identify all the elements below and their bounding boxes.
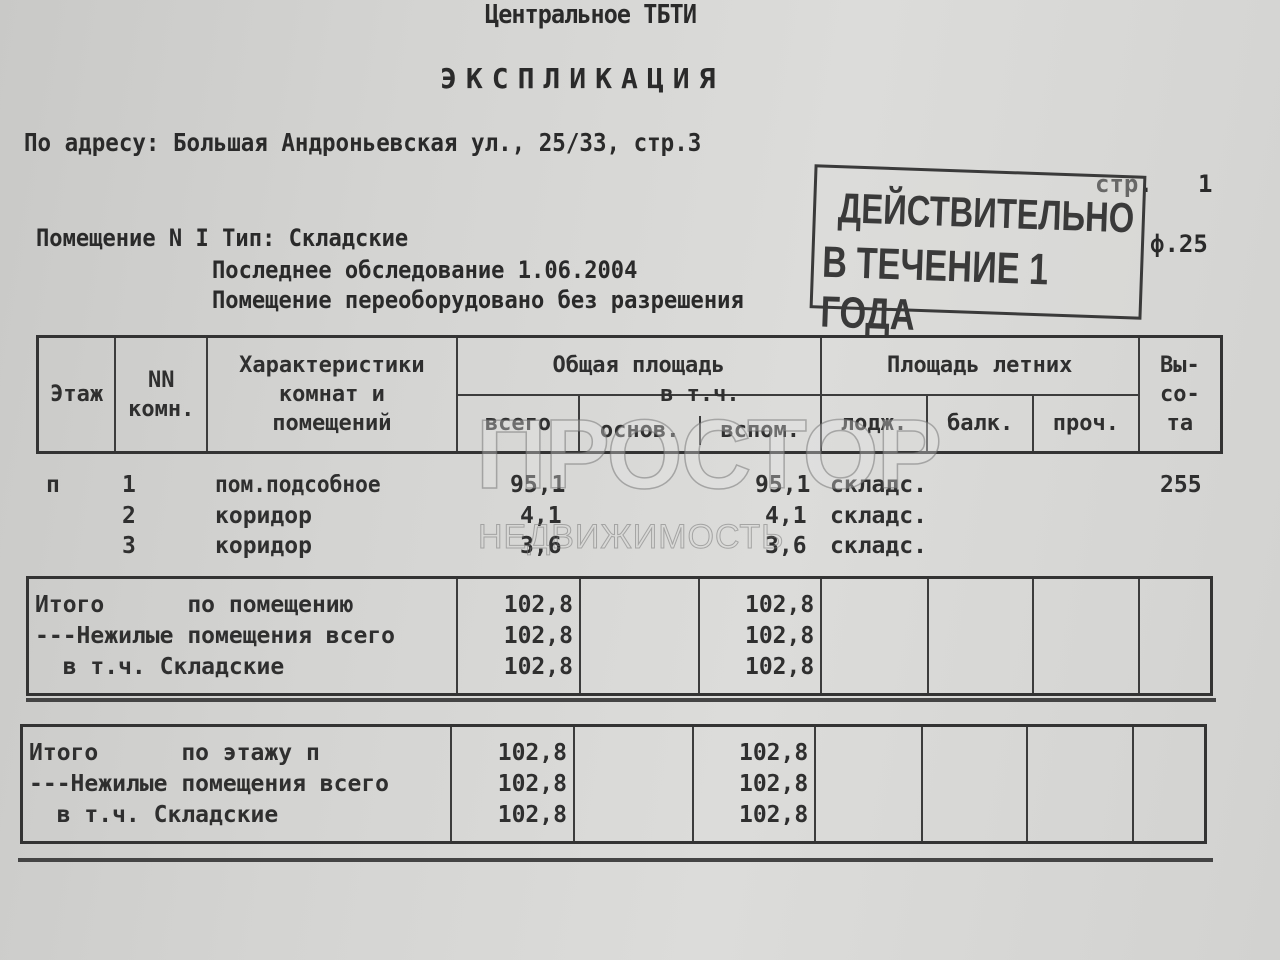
- totals-main: [580, 578, 699, 695]
- totals-labels: Итого по помещению ---Нежилые помещения …: [28, 578, 458, 695]
- form-number: ф.25: [1150, 230, 1208, 258]
- totals-balcony: [928, 578, 1034, 695]
- totals-main: [574, 726, 693, 843]
- last-survey: Последнее обследование 1.06.2004: [212, 256, 637, 284]
- premises-info: Помещение N I Тип: Складские: [36, 224, 408, 252]
- document-title: ЭКСПЛИКАЦИЯ: [440, 62, 724, 95]
- totals-height: [1139, 578, 1212, 695]
- col-height: Вы-со-та: [1139, 337, 1222, 453]
- totals-height: [1133, 726, 1206, 843]
- totals-aux: 102,8 102,8 102,8: [699, 578, 821, 695]
- totals-balcony: [922, 726, 1028, 843]
- col-floor: Этаж: [38, 337, 116, 453]
- address: По адресу: Большая Андроньевская ул., 25…: [24, 128, 701, 157]
- totals-loggia: [821, 578, 928, 695]
- col-summer-area: Площадь летних: [821, 337, 1139, 395]
- totals-other: [1027, 726, 1133, 843]
- totals-labels: Итого по этажу п ---Нежилые помещения вс…: [22, 726, 452, 843]
- divider: [18, 858, 1213, 862]
- totals-aux: 102,8 102,8 102,8: [693, 726, 815, 843]
- stamp-line-1: ДЕЙСТВИТЕЛЬНО: [837, 184, 1135, 242]
- col-characteristics: Характеристикикомнат ипомещений: [207, 337, 457, 453]
- validity-stamp: ДЕЙСТВИТЕЛЬНО В ТЕЧЕНИЕ 1 ГОДА: [810, 164, 1147, 319]
- totals-all: 102,8 102,8 102,8: [451, 726, 574, 843]
- divider: [26, 698, 1216, 702]
- watermark-logo: ПРОСТОР: [476, 398, 940, 511]
- page-number: 1: [1198, 170, 1212, 198]
- col-room-no: NNкомн.: [115, 337, 207, 453]
- totals-other: [1033, 578, 1139, 695]
- totals-loggia: [815, 726, 922, 843]
- col-other: проч.: [1033, 395, 1139, 453]
- totals-premises-table: Итого по помещению ---Нежилые помещения …: [26, 576, 1213, 696]
- totals-all: 102,8 102,8 102,8: [457, 578, 580, 695]
- totals-floor-table: Итого по этажу п ---Нежилые помещения вс…: [20, 724, 1207, 844]
- organization-name: Центральное ТБТИ: [485, 0, 696, 30]
- premises-note: Помещение переоборудовано без разрешения: [212, 286, 744, 314]
- stamp-line-2: В ТЕЧЕНИЕ 1 ГОДА: [820, 238, 1071, 347]
- watermark-subtitle: НЕДВИЖИМОСТЬ: [478, 518, 784, 557]
- col-balcony: балк.: [927, 395, 1033, 453]
